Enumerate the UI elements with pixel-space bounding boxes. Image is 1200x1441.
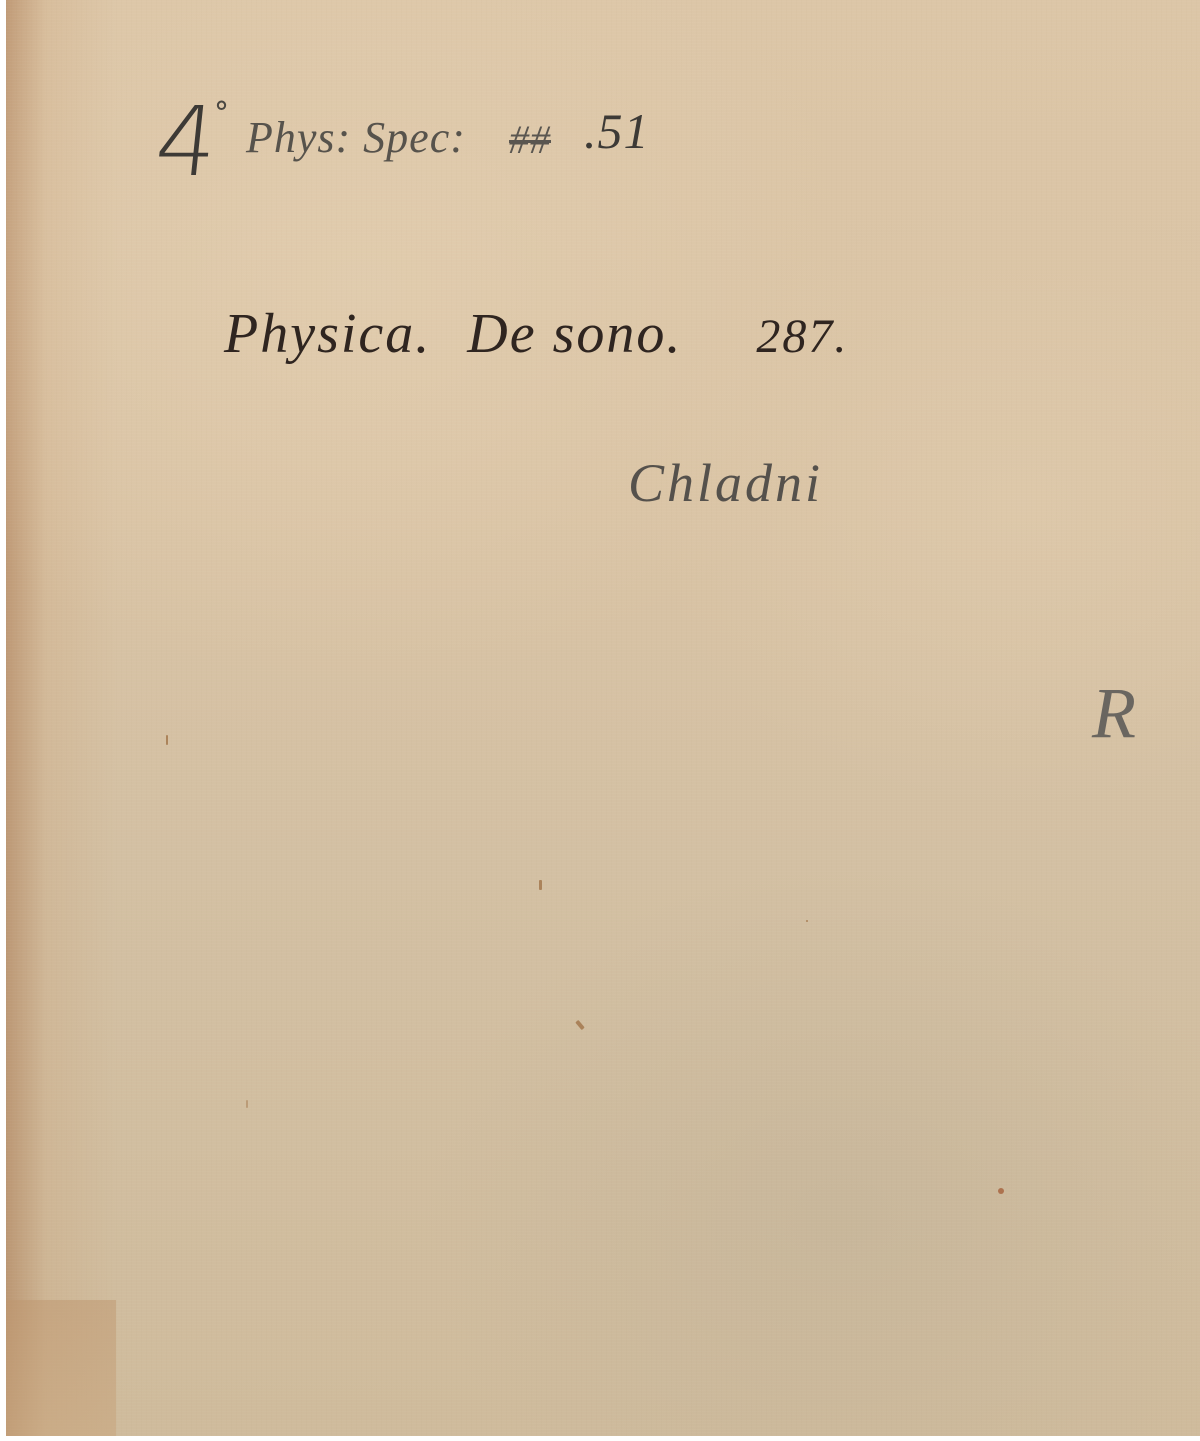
shelfmark-number: .51 xyxy=(584,102,650,160)
paper-speck xyxy=(575,1020,584,1030)
shelfmark-degree: ° xyxy=(214,96,230,131)
shelfmark-struck-out: ## xyxy=(509,116,551,163)
paper-speck xyxy=(806,920,808,922)
title-number: 287. xyxy=(756,309,848,364)
paper-speck xyxy=(166,735,168,745)
corner-mark: R xyxy=(1092,672,1137,755)
title-heading: De sono. xyxy=(467,302,682,366)
paper-speck xyxy=(998,1188,1004,1194)
paper-stain xyxy=(6,1300,116,1436)
title-line: Physica.De sono.287. xyxy=(224,302,848,366)
shelfmark-text: Phys: Spec: xyxy=(246,112,466,163)
shelfmark-format: 4 xyxy=(150,86,224,198)
title-subject: Physica. xyxy=(224,302,431,366)
paper-speck xyxy=(246,1100,248,1108)
manuscript-page: 4 ° Phys: Spec: ## .51 Physica.De sono.2… xyxy=(6,0,1200,1436)
author-name: Chladni xyxy=(628,452,823,514)
paper-speck xyxy=(539,880,542,890)
